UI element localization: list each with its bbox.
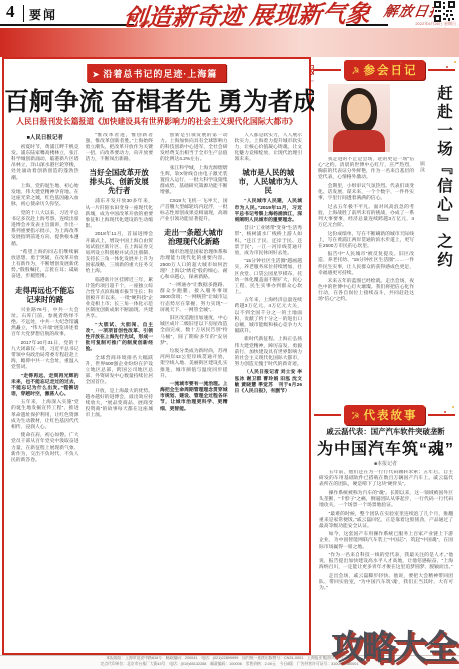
article-paragraph: 五年来，上海深入实施“党的诞生地发掘宣传工程”，推进革命遗址保护利用，让红色资源… — [11, 400, 79, 430]
article-paragraph: 创新是引领发展的第一动力。上海加快向具有全球影响力的科技创新中心进军，全社会研发… — [160, 133, 228, 163]
article-paragraph: 临港新片区挂牌近三年，累计签约项目超千个，一座独立综合性节点滨海城市拔节生长；科… — [86, 278, 154, 321]
article-paragraph: 一流城市要有一流治理。上海把全生命周期管理理念贯穿城市规划、建设、管理全过程各环… — [160, 382, 228, 412]
series-tag-label: 沿着总书记的足迹·上海篇 — [103, 69, 217, 79]
paragraph: 操作系统被称为汽车的“魂”。长期以来，这一领域被国外巨头垄断，“卡脖子”之痛，倒… — [319, 491, 453, 509]
diary-badge-label: 参会日记 — [364, 65, 418, 77]
main-article: ➤沿着总书记的足迹·上海篇 百舸争流 奋楫者先 勇为者成 人民日报刊发长篇报道《… — [2, 57, 311, 655]
article-paragraph: “希望上海的同志们继续解放思想、勇于突破，在改革开放上有新作为，不断增创发展新优… — [11, 250, 79, 280]
story-badge: ☭代表故事 — [344, 405, 424, 425]
rule-line — [314, 69, 341, 71]
article-subheading: 当好全国改革开放排头兵、创新发展先行者 — [88, 168, 152, 195]
diary-badge: ☭参会日记 — [344, 60, 424, 80]
page-number: 4 — [6, 2, 15, 22]
series-tag: ➤沿着总书记的足迹·上海篇 — [87, 64, 227, 82]
article-paragraph: 全球营商环境排名大幅跃升，世界500强企业纷纷在沪设立地区总部，跨国公司地区总部… — [86, 356, 154, 386]
article-paragraph: 开放，是上海最大的优势。越办越好的进博会，溢出效应持续放大，“展品变商品、展商变… — [86, 389, 154, 419]
story-badge-label: 代表故事 — [364, 410, 418, 422]
diary-badge-row: ☭参会日记 — [314, 61, 455, 79]
article-paragraph: “大胆试、大胆闯、自主改”，一项项首创性改革、引领性开放在上海先行先试，形成一批… — [86, 323, 154, 353]
paragraph: 会期里，小组审议气氛热烈。代表们谈变化、话发展、谋未来，一个个数字、一件件实事，… — [318, 184, 414, 202]
congress-banner: ☭ 市第十二次党代表大会特别报道 — [0, 28, 459, 57]
paragraph: 过去五年极不平凡。面对风高浪急的考验，上海战胜了前所未有的挑战，办成了一系列大事… — [318, 205, 414, 229]
delegate-photo — [328, 84, 390, 152]
article-paragraph: 五年来，上海经济总量连续跨越3万亿元、4万亿元大关，以不到全国千分之一的土地面积… — [235, 298, 303, 335]
paragraph: 五年前，他们还在为一行行代码辗转求索；五年后，自主研发的车用基础软件已搭载在数百… — [319, 470, 453, 488]
flag-icon: ➤ — [93, 70, 101, 79]
paragraph: 走出会场，戚云磊脚步轻快。他说，要把大会精神带回团队、带回实验室，“为中国汽车筑… — [319, 574, 453, 592]
article-paragraph: “15分钟社区生活圈”越画越实，养老服务床位持续增加，社区食堂、口袋公园星罗棋布… — [235, 259, 303, 296]
diary-body: 我走进的不止是会场，赴的更是一场“信心”之约。清晨的世博中心红厅，庄严热烈，胸前… — [318, 157, 414, 393]
article-paragraph: “一网通办”让数据多跑路、群众少跑腿，接入服务事项3600余项；“一网统管”让城… — [160, 283, 228, 313]
article-paragraph: 初夏时节，黄浦江畔千帆竞发。浦东陆家嘴高楼林立，张江科学城创新涌动，临港新片区塔… — [11, 145, 79, 182]
article-columns: ■人民日报记者初夏时节，黄浦江畔千帆竞发。浦东陆家嘴高楼林立，张江科学城创新涌动… — [11, 133, 302, 648]
article-paragraph: C919大飞机一飞冲天，国产首艘大型邮轮坞内起浮，一批标志性原创成果竞相涌现，高… — [160, 199, 228, 223]
paragraph: 这份成绩单，写在不断刷新的城市天际线上，写在黄浦江两岸贯通的滨水步道上，更写在2… — [318, 232, 414, 250]
diary-byline: 顾泳 — [419, 161, 426, 173]
diary-vertical-headline: 赶赴一场『信心』之约 — [432, 85, 454, 320]
section-label: 要闻 — [29, 6, 57, 23]
confetti-dots — [392, 410, 394, 412]
header-rule-left — [0, 24, 134, 26]
article-column: 创新是引领发展的第一动力。上海加快向具有全球影响力的科技创新中心进军，全社会研发… — [160, 133, 228, 648]
article-paragraph: “走得再远、走到再光辉的未来，也不能忘记走过的过去，不能忘记为什么出发。”铿锵话… — [11, 374, 79, 398]
article-paragraph: 城市治理是国家治理体系和治理能力现代化的重要内容。2500万人口的超大城市如何治… — [160, 250, 228, 280]
page-header: 4 要闻 创造新奇迹 展现新气象 解放日报 2022年6月26日 星期日 www… — [0, 0, 459, 28]
article-paragraph: 人人都是软实力，人人展示软实力。上海着力提升城市软实力，让核心价值凝心铸魂，让文… — [235, 133, 303, 163]
article-paragraph: （人民日报记者 刘士安 李泓冰 谢卫群 曹玲娟 田泓 沈文敏 黄晓慧 季觉苏 刊… — [235, 370, 303, 394]
article-column: 人人都是软实力，人人展示软实力。上海着力提升城市软实力，让核心价值凝心铸魂，让文… — [235, 133, 303, 648]
paragraph: 我走进的不止是会场，赴的更是一场“信心”之约。清晨的世博中心红厅，庄严热烈，胸前… — [318, 157, 414, 181]
photo-face — [347, 94, 371, 124]
paragraph: “作为一名来自科技一线的党代表，我最关注的是人才。”他说，报告提出加快建设高水平… — [319, 553, 453, 571]
article-paragraph: 兴业路76号，中共一大会址。石库门前，参观者络绎不绝。不远处，中共一大纪念馆巍然… — [11, 308, 79, 338]
story-byline: ■本报记者 — [314, 460, 457, 467]
rule-line — [428, 414, 455, 416]
paragraph: 如今，这套国产车用操作系统已服务上百家产业链上下游企业，为中国智能网联汽车装上“… — [319, 532, 453, 550]
sidebar: ☭参会日记 赶赴一场『信心』之约 顾泳 我走进的不止是会场，赴的更是一场“信心”… — [314, 57, 457, 655]
qr-code-icon — [434, 1, 455, 22]
article-subheading: 走得再远也不能忘记来时的路 — [13, 286, 77, 304]
article-paragraph: 党的十八大以来，习近平总书记多次赴上海考察，连续出席进博会并发表主旨演讲，作出一… — [11, 211, 79, 248]
divider — [23, 5, 24, 22]
diary-section: ☭参会日记 赶赴一场『信心』之约 顾泳 我走进的不止是会场，赴的更是一场“信心”… — [314, 57, 457, 401]
article-paragraph: 使命在肩，初心如磐。广大党员干部从百年党史中汲取奋进力量，在新征程上展现新气象、… — [11, 433, 79, 463]
article-paragraph: “人民城市人民建，人民城市为人民。”2019年11月，习近平总书记考察上海杨浦滨… — [235, 199, 303, 223]
paragraph: 报告中“人民城市”被反复提及。旧区改造、养老托幼、“15分钟社区生活圈”……一件… — [318, 252, 414, 276]
photo-red-jacket — [333, 130, 385, 152]
rule-line — [314, 414, 341, 416]
article-column: ■人民日报记者初夏时节，黄浦江畔千帆竞发。浦东陆家嘴高楼林立，张江科学城创新涌动… — [11, 133, 79, 648]
story-section: ☭代表故事 戚云磊代表：国产汽车软件突破垄断 为中国汽车筑“魂” ■本报记者 五… — [314, 404, 457, 655]
article-paragraph: 2018年11月，首届进博会开幕式上，增设中国上海自由贸易试验区新片区、在上海证… — [86, 232, 154, 275]
party-emblem-icon: ☭ — [351, 412, 361, 422]
article-paragraph: 垃圾分类成为新时尚，苏州河两岸42公里岸线贯通开放，架空线入地、美丽街区建设扎实… — [160, 349, 228, 379]
article-subtitle: 人民日报刊发长篇报道《加快建设具有世界影响力的社会主义现代化国际大都市》 — [4, 116, 309, 127]
article-paragraph: 昔日“工业锈带”变身“生活秀带”，杨树浦水厂栈桥上游人如织。“还江于民、还岸于民… — [235, 226, 303, 256]
article-paragraph: “惟改革者进，惟创新者强，惟改革创新者胜。”上海始终勇立潮头，把改革开放作为关键… — [86, 133, 154, 163]
article-subheading: 走出一条超大城市治理现代化新路 — [162, 228, 226, 246]
story-badge-row: ☭代表故事 — [314, 406, 455, 424]
article-paragraph: 张江科学城，上海光源熠熠生辉，软X射线自由电子激光装置投入运行，一批大科学设施集… — [160, 166, 228, 196]
story-headline: 为中国汽车筑“魂” — [314, 436, 457, 459]
article-paragraph: 新时代新征程。上海正弘扬伟大建党精神，踔厉奋发、勇毅前行，加快建设具有世界影响力… — [235, 337, 303, 367]
confetti-dots — [394, 65, 396, 67]
article-column: “惟改革者进，惟创新者强，惟改革创新者胜。”上海始终勇立潮头，把改革开放作为关键… — [86, 133, 154, 648]
article-paragraph: 旧区改造跑出加速度，中心城区成片二级旧里以下房屋改造全面完成，数十万居民告别“拎… — [160, 316, 228, 346]
paragraph: 未来五年的蓝图已经绘就。走出会场，夜色中的世博中心灯火璀璨。我们将把信心化作行动… — [318, 279, 414, 303]
article-paragraph: 浦东开发开放30多年来，从一片阡陌农田变身一座现代化新城，成为中国改革开放的重要… — [86, 199, 154, 229]
paragraph: “最难的时候，整个团队在实验室里连续泡了几个月，推翻重来是家常便饭。”戚云磊回忆… — [319, 512, 453, 530]
article-byline: ■人民日报记者 — [11, 135, 79, 141]
article-headline: 百舸争流 奋楫者先 勇为者成 — [4, 82, 309, 118]
article-paragraph: 上海，党的诞生地、初心始发地、伟大建党精神孕育地。在这座光荣之城，红色基因融入血… — [11, 184, 79, 208]
article-paragraph: 2017年10月31日，党的十九大闭幕仅一周，习近平总书记带领中央政治局常委专程… — [11, 341, 79, 371]
watermark-text: 攻略大全 — [331, 620, 455, 669]
party-emblem-icon: ☭ — [351, 67, 361, 77]
rule-line — [428, 69, 455, 71]
article-subheading: 城市是人民的城市，人民城市为人民 — [237, 168, 301, 195]
